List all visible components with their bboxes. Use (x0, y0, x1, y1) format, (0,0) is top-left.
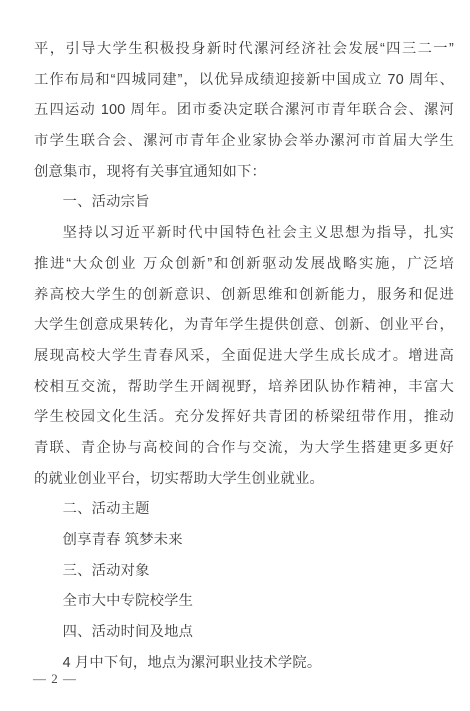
text-line: 校相互交流，帮助学生开阔视野，培养团队协作精神，丰富大 (34, 372, 454, 403)
text-line: 一、活动宗旨 (34, 187, 454, 218)
text-line: 创意集市，现将有关事宜通知如下： (34, 157, 454, 188)
text-line: 四、活动时间及地点 (34, 617, 454, 648)
text-line: 创享青春 筑梦未来 (34, 525, 454, 556)
text-line: 工作布局和“四城同建”，以优异成绩迎接新中国成立 70 周年、 (34, 65, 454, 96)
text-line: 坚持以习近平新时代中国特色社会主义思想为指导，扎实 (34, 218, 454, 249)
text-line: 学生校园文化生活。充分发挥好共青团的桥梁纽带作用，推动 (34, 402, 454, 433)
text-line: 全市大中专院校学生 (34, 586, 454, 617)
text-line: 青联、青企协与高校间的合作与交流，为大学生搭建更多更好 (34, 433, 454, 464)
text-block: 平，引导大学生积极投身新时代漯河经济社会发展“四三二一”工作布局和“四城同建”，… (34, 34, 454, 678)
text-line: 展现高校大学生青春风采，全面促进大学生成长成才。增进高 (34, 341, 454, 372)
page-number: — 2 — (33, 669, 77, 689)
text-line: 大学生创意成果转化，为青年学生提供创意、创新、创业平台， (34, 310, 454, 341)
text-line: 推进“大众创业 万众创新”和创新驱动发展战略实施，广泛培 (34, 249, 454, 280)
text-line: 平，引导大学生积极投身新时代漯河经济社会发展“四三二一” (34, 34, 454, 65)
text-line: 的就业创业平台，切实帮助大学生创业就业。 (34, 464, 454, 495)
text-line: 五四运动 100 周年。团市委决定联合漯河市青年联合会、漯河 (34, 95, 454, 126)
text-line: 养高校大学生的创新意识、创新思维和创新能力，服务和促进 (34, 280, 454, 311)
text-line: 4 月中下旬，地点为漯河职业技术学院。 (34, 648, 454, 679)
text-line: 三、活动对象 (34, 556, 454, 587)
text-line: 二、活动主题 (34, 494, 454, 525)
text-line: 市学生联合会、漯河市青年企业家协会举办漯河市首届大学生 (34, 126, 454, 157)
document-page: 平，引导大学生积极投身新时代漯河经济社会发展“四三二一”工作布局和“四城同建”，… (0, 0, 470, 711)
